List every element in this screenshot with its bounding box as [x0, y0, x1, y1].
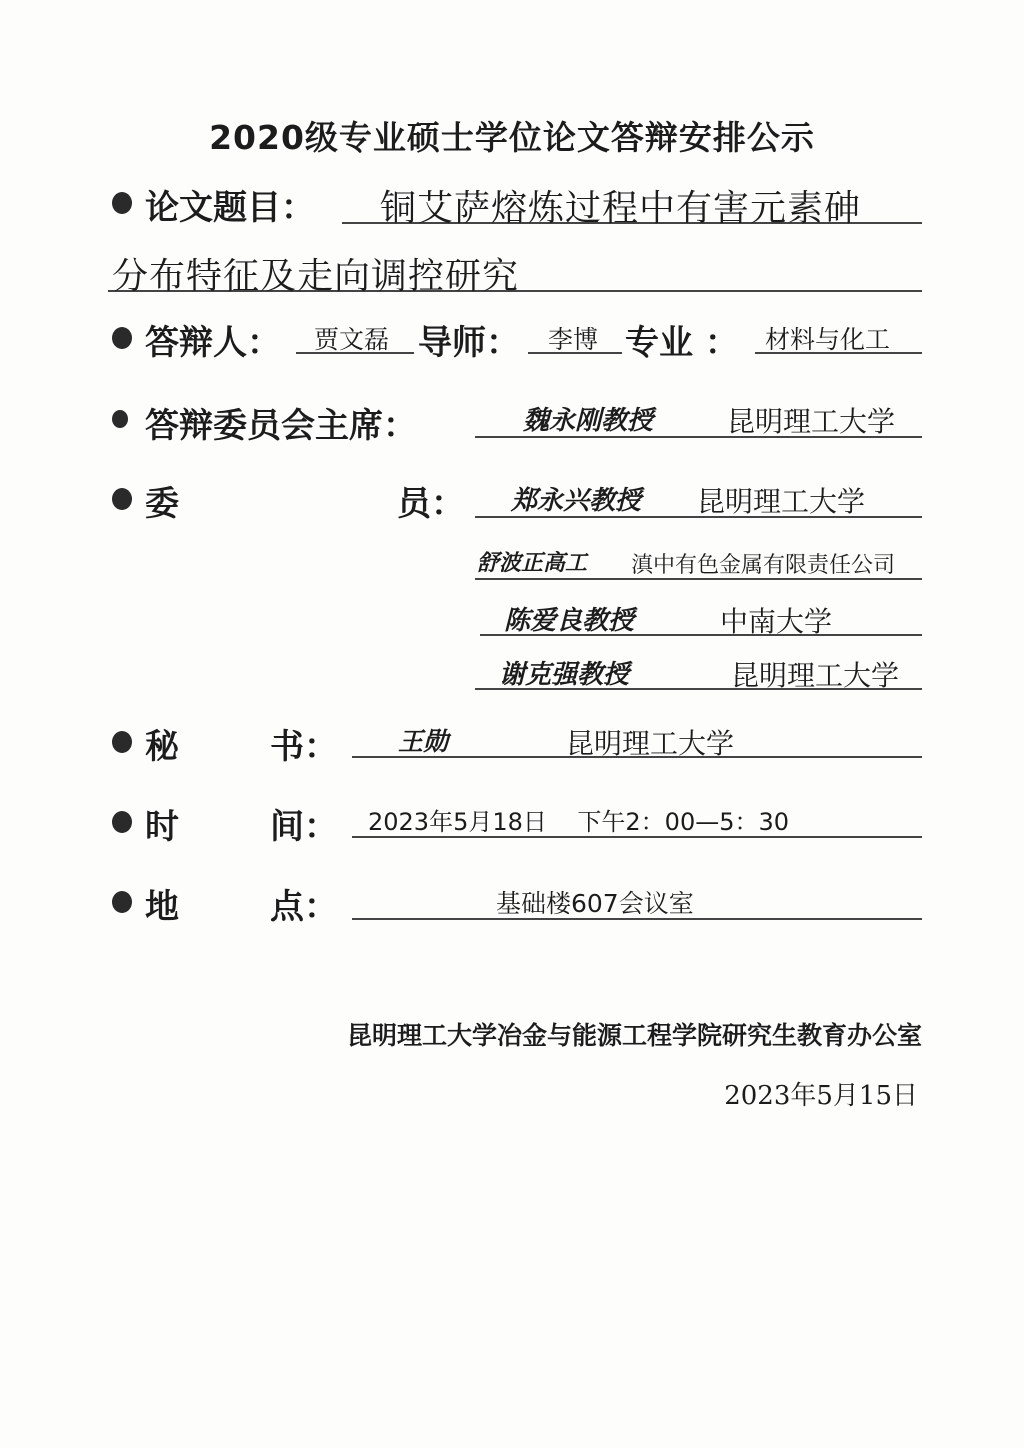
chair-affiliation: 昆明理工大学: [727, 400, 895, 440]
chair-label: 答辩委员会主席：: [145, 398, 417, 447]
chair-underline: 魏永刚教授 昆明理工大学: [475, 398, 922, 438]
secretary-underline: 王勋 昆明理工大学: [352, 722, 922, 758]
thesis-line1-underline: 铜艾萨熔炼过程中有害元素砷: [342, 180, 922, 224]
defender-label: 答辩人：: [145, 315, 281, 364]
secretary-name: 王勋: [398, 722, 448, 758]
member-name: 陈爱良教授: [504, 600, 634, 637]
issue-date: 2023年5月15日: [724, 1075, 918, 1112]
major-value: 材料与化工: [765, 320, 890, 356]
time-underline: 2023年5月18日 下午2：00—5：30: [352, 802, 922, 838]
member-affiliation: 昆明理工大学: [731, 654, 899, 694]
members-label-right: 员：: [397, 476, 465, 525]
member-row: 陈爱良教授 中南大学: [480, 600, 922, 636]
secretary-label-right: 书：: [270, 719, 338, 768]
member-affiliation: 昆明理工大学: [697, 480, 865, 520]
secretary-label-left: 秘: [145, 719, 179, 768]
member-row: 舒波正高工 滇中有色金属有限责任公司: [475, 546, 922, 580]
bullet-icon: [112, 811, 132, 833]
member-row: 谢克强教授 昆明理工大学: [475, 654, 922, 690]
bullet-icon: [112, 327, 132, 349]
thesis-label: 论文题目：: [145, 180, 315, 229]
advisor-underline: 李博: [528, 320, 622, 354]
location-label-right: 点：: [270, 879, 338, 928]
thesis-title-line1: 铜艾萨熔炼过程中有害元素砷: [380, 180, 861, 231]
major-underline: 材料与化工: [755, 320, 922, 354]
bullet-icon: [112, 488, 132, 510]
location-value: 基础楼607会议室: [496, 884, 694, 920]
defender-name: 贾文磊: [314, 320, 389, 356]
time-label-right: 间：: [270, 799, 338, 848]
member-name: 郑永兴教授: [511, 480, 641, 517]
secretary-affiliation: 昆明理工大学: [566, 722, 734, 762]
issuing-office: 昆明理工大学冶金与能源工程学院研究生教育办公室: [347, 1016, 922, 1052]
member-affiliation: 滇中有色金属有限责任公司: [631, 548, 895, 579]
location-label-left: 地: [145, 879, 179, 928]
thesis-title-line2: 分布特征及走向调控研究: [112, 248, 519, 299]
advisor-name: 李博: [548, 320, 598, 356]
advisor-label: 导师：: [418, 315, 520, 364]
page-title: 2020级专业硕士学位论文答辩安排公示: [0, 112, 1024, 159]
major-label: 专业 ：: [625, 315, 739, 364]
members-label-left: 委: [145, 476, 179, 525]
location-underline: 基础楼607会议室: [352, 884, 922, 920]
defender-underline: 贾文磊: [296, 320, 414, 354]
member-row: 郑永兴教授 昆明理工大学: [475, 480, 922, 518]
bullet-icon: [112, 731, 132, 753]
bullet-icon: [112, 192, 132, 214]
time-value: 2023年5月18日 下午2：00—5：30: [368, 802, 789, 837]
member-name: 舒波正高工: [477, 546, 587, 577]
time-label-left: 时: [145, 799, 179, 848]
bullet-icon: [112, 891, 132, 913]
bullet-icon: [112, 410, 128, 428]
thesis-line2-underline: 分布特征及走向调控研究: [108, 248, 922, 292]
member-name: 谢克强教授: [499, 654, 629, 691]
member-affiliation: 中南大学: [720, 600, 832, 640]
chair-name: 魏永刚教授: [523, 400, 653, 437]
